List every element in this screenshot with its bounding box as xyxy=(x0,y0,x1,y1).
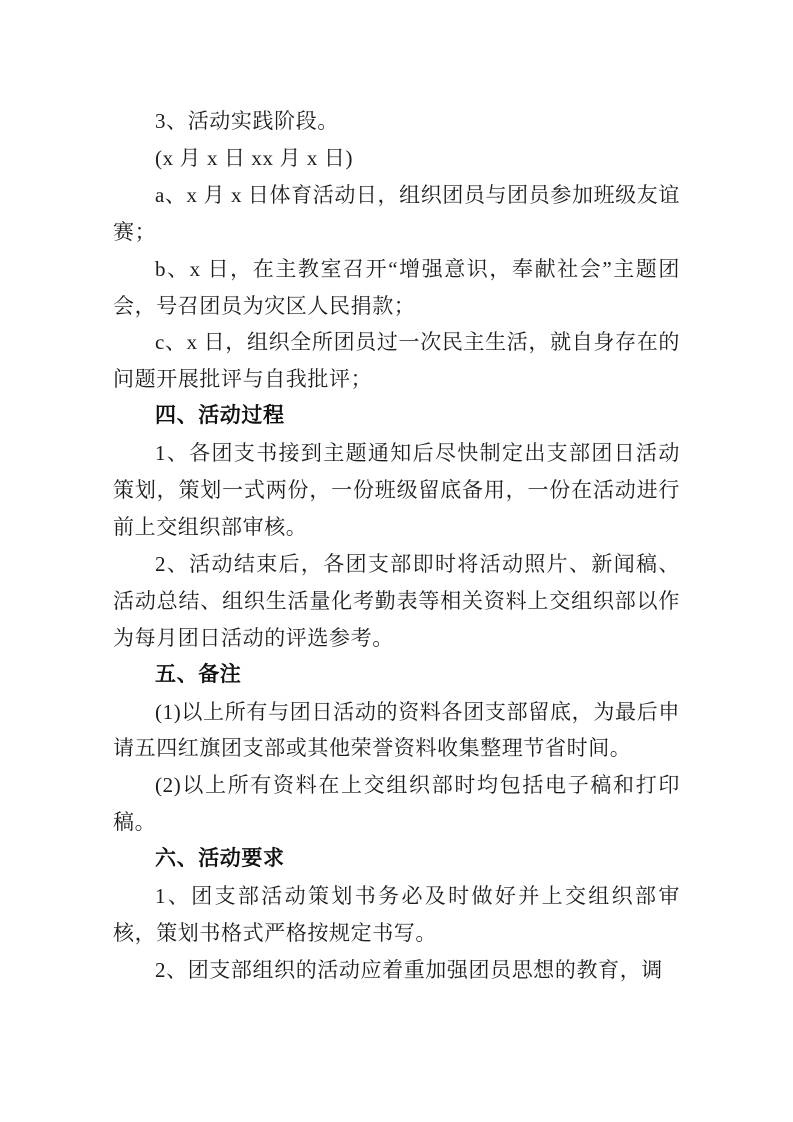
document-content: 3、活动实践阶段。 (x 月 x 日 xx 月 x 日) a、x 月 x 日体育… xyxy=(113,103,680,989)
paragraph-date-range: (x 月 x 日 xx 月 x 日) xyxy=(113,140,680,177)
heading-section-5-remarks: 五、备注 xyxy=(113,657,680,694)
paragraph-item-a-sports-day: a、x 月 x 日体育活动日，组织团员与团员参加班级友谊赛； xyxy=(113,177,680,251)
paragraph-item-c-democratic-life: c、x 日，组织全所团员过一次民主生活，就自身存在的问题开展批评与自我批评； xyxy=(113,324,680,398)
paragraph-requirement-1-plan: 1、团支部活动策划书务必及时做好并上交组织部审核，策划书格式严格按规定书写。 xyxy=(113,878,680,952)
paragraph-process-1-planning: 1、各团支书接到主题通知后尽快制定出支部团日活动策划，策划一式两份，一份班级留底… xyxy=(113,435,680,546)
heading-section-6-requirements: 六、活动要求 xyxy=(113,841,680,878)
document-page: 3、活动实践阶段。 (x 月 x 日 xx 月 x 日) a、x 月 x 日体育… xyxy=(0,0,793,1122)
paragraph-requirement-2-education: 2、团支部组织的活动应着重加强团员思想的教育，调 xyxy=(113,952,680,989)
paragraph-remark-1-archive: (1)以上所有与团日活动的资料各团支部留底，为最后申请五四红旗团支部或其他荣誉资… xyxy=(113,694,680,768)
heading-section-4-activity-process: 四、活动过程 xyxy=(113,398,680,435)
paragraph-process-2-materials: 2、活动结束后，各团支部即时将活动照片、新闻稿、活动总结、组织生活量化考勤表等相… xyxy=(113,546,680,657)
paragraph-item-b-theme-meeting: b、x 日，在主教室召开“增强意识，奉献社会”主题团会，号召团员为灾区人民捐款； xyxy=(113,251,680,325)
paragraph-remark-2-copies: (2)以上所有资料在上交组织部时均包括电子稿和打印稿。 xyxy=(113,767,680,841)
paragraph-practice-stage: 3、活动实践阶段。 xyxy=(113,103,680,140)
